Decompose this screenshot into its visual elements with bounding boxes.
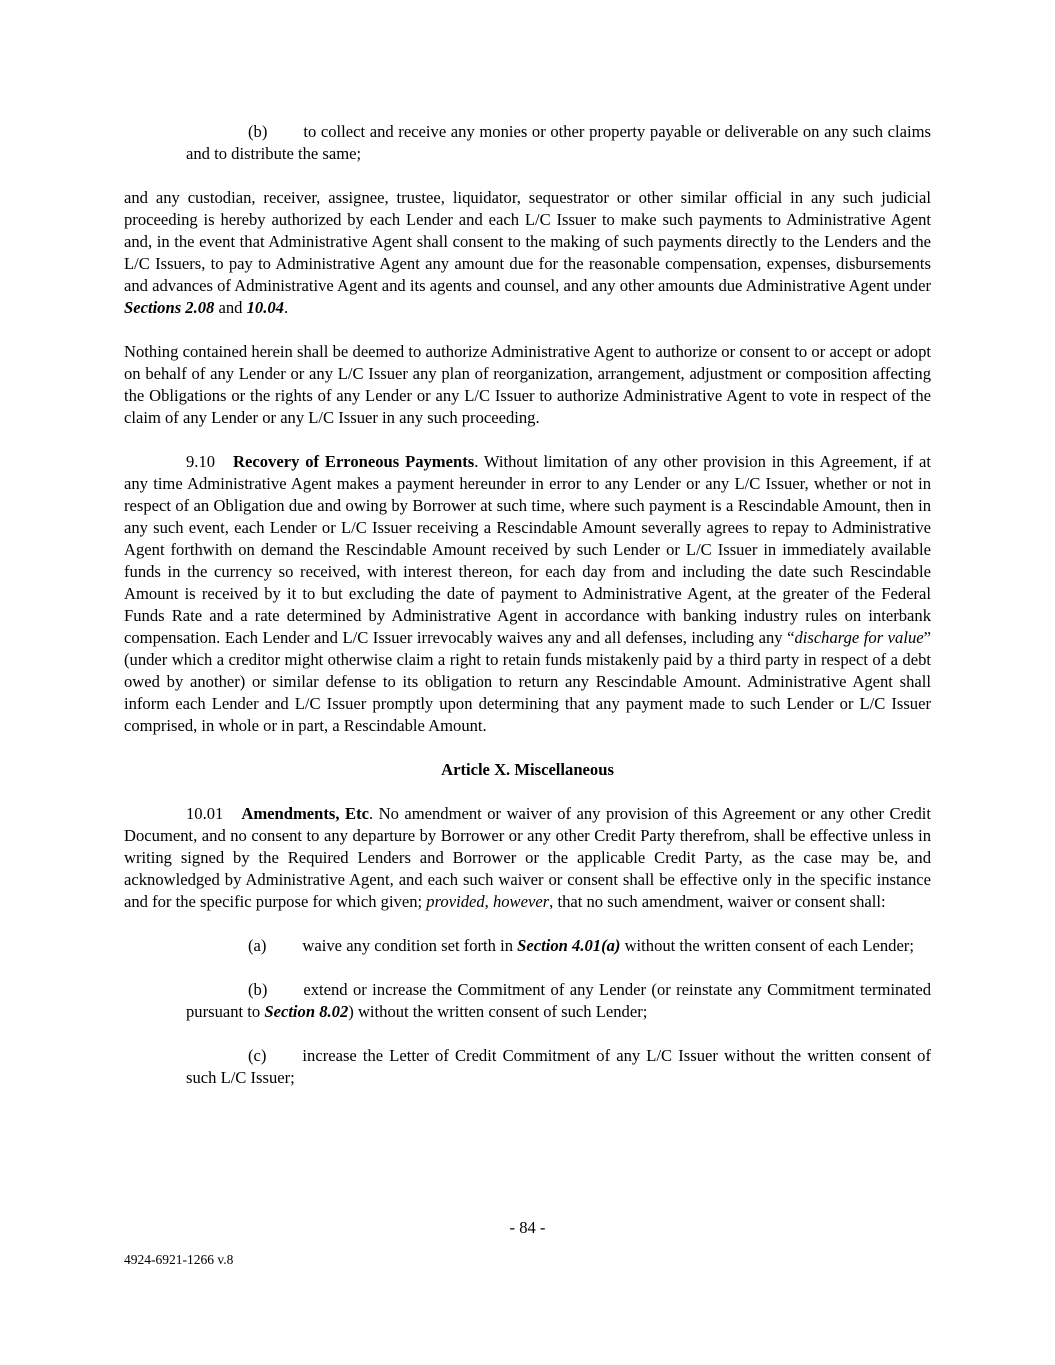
text-run: . Without limitation of any other provis… xyxy=(124,452,931,647)
section-9-10-recovery-of-erroneous-payments: 9.10Recovery of Erroneous Payments. With… xyxy=(124,451,931,737)
text-run: waive any condition set forth in xyxy=(302,936,517,955)
text-run: Article X. Miscellaneous xyxy=(441,760,614,779)
text-run: and xyxy=(214,298,246,317)
text-run: discharge for value xyxy=(794,628,923,647)
text-run: (a) xyxy=(248,936,266,955)
clause-c-increase-lc-commitment: (c)increase the Letter of Credit Commitm… xyxy=(186,1045,931,1089)
clause-b-extend-commitment: (b)extend or increase the Commitment of … xyxy=(186,979,931,1023)
text-run: , that no such amendment, waiver or cons… xyxy=(549,892,885,911)
text-run: to collect and receive any monies or oth… xyxy=(186,122,931,163)
article-x-miscellaneous-heading: Article X. Miscellaneous xyxy=(124,759,931,781)
text-run: however xyxy=(493,892,549,911)
text-run: Amendments, Etc xyxy=(241,804,369,823)
text-run: increase the Letter of Credit Commitment… xyxy=(186,1046,931,1087)
text-run: Nothing contained herein shall be deemed… xyxy=(124,342,931,427)
document-id-stamp: 4924-6921-1266 v.8 xyxy=(124,1252,233,1268)
paragraph-no-authorization: Nothing contained herein shall be deemed… xyxy=(124,341,931,429)
page-content: (b)to collect and receive any monies or … xyxy=(124,121,931,1111)
paragraph-custodian: and any custodian, receiver, assignee, t… xyxy=(124,187,931,319)
text-run: (b) xyxy=(248,122,267,141)
document-page: (b)to collect and receive any monies or … xyxy=(0,0,1055,1365)
text-run: 10.01 xyxy=(186,804,223,823)
text-run: Section 4.01(a) xyxy=(517,936,620,955)
clause-collect-monies: (b)to collect and receive any monies or … xyxy=(186,121,931,165)
text-run: . xyxy=(284,298,288,317)
text-run: Section 8.02 xyxy=(264,1002,348,1021)
text-run: Sections 2.08 xyxy=(124,298,214,317)
text-run: (c) xyxy=(248,1046,266,1065)
text-run: 10.04 xyxy=(247,298,284,317)
section-10-01-amendments-etc: 10.01Amendments, Etc. No amendment or wa… xyxy=(124,803,931,913)
text-run: , xyxy=(485,892,493,911)
text-run: without the written consent of each Lend… xyxy=(620,936,914,955)
text-run: 9.10 xyxy=(186,452,215,471)
page-number: - 84 - xyxy=(124,1217,931,1239)
text-run: (b) xyxy=(248,980,267,999)
text-run: provided xyxy=(426,892,484,911)
text-run: Recovery of Erroneous Payments xyxy=(233,452,474,471)
clause-a-waive-condition: (a)waive any condition set forth in Sect… xyxy=(186,935,931,957)
text-run: and any custodian, receiver, assignee, t… xyxy=(124,188,931,295)
text-run: ) without the written consent of such Le… xyxy=(348,1002,647,1021)
